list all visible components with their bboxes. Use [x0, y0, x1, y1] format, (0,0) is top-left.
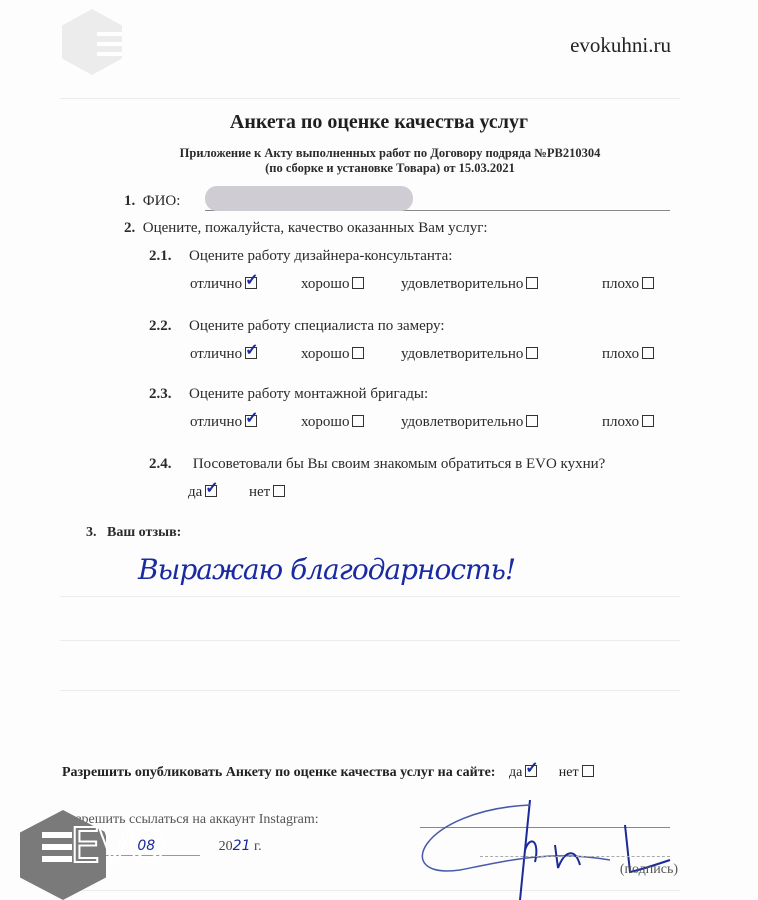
option-yes[interactable]: да	[188, 484, 217, 501]
question-number: 3.	[86, 525, 97, 540]
publish-permission: Разрешить опубликовать Анкету по оценке …	[62, 765, 594, 781]
checkbox-icon[interactable]	[642, 347, 654, 359]
form-title: Анкета по оценке качества услуг	[0, 111, 758, 134]
option-label: плохо	[602, 414, 639, 430]
site-url: evokuhni.ru	[570, 33, 671, 58]
subtitle-line-1: Приложение к Акту выполненных работ по Д…	[0, 146, 758, 161]
question-rating-2-3: 2.3.Оцените работу монтажной бригады:	[149, 386, 428, 403]
rating-option[interactable]: хорошо	[301, 276, 364, 293]
fio-redacted-value	[205, 186, 413, 211]
checkbox-icon[interactable]	[642, 277, 654, 289]
rating-option[interactable]: удовлетворительно	[401, 414, 538, 431]
date-year-suffix[interactable]: 21	[233, 838, 251, 854]
question-review: 3. Ваш отзыв:	[86, 525, 181, 541]
subtitle-line-2: (по сборке и установке Товара) от 15.03.…	[0, 161, 758, 176]
option-label: удовлетворительно	[401, 346, 523, 362]
checkbox-icon[interactable]	[273, 485, 285, 497]
checkbox-icon[interactable]	[526, 415, 538, 427]
option-label: нет	[559, 765, 579, 780]
checkbox-icon[interactable]	[526, 277, 538, 289]
option-label: плохо	[602, 346, 639, 362]
rating-option[interactable]: отлично	[190, 346, 257, 363]
publish-label: Разрешить опубликовать Анкету по оценке …	[62, 765, 495, 780]
form-subtitle: Приложение к Акту выполненных работ по Д…	[0, 146, 758, 176]
handwritten-signature-icon	[380, 800, 680, 900]
question-rating-2-1: 2.1.Оцените работу дизайнера-консультант…	[149, 248, 452, 265]
checkbox-checked-icon[interactable]	[205, 485, 217, 497]
question-number: 1.	[124, 193, 135, 209]
option-label: да	[509, 765, 522, 780]
option-label: хорошо	[301, 276, 349, 292]
evo-logo-text: EVO	[70, 818, 164, 874]
option-label: удовлетворительно	[401, 414, 523, 430]
review-handwritten-text[interactable]: Выражаю благодарность!	[138, 553, 515, 586]
question-label: ФИО:	[143, 193, 181, 209]
question-label: Посоветовали бы Вы своим знакомым обрати…	[193, 456, 606, 472]
question-rating-2-2: 2.2.Оцените работу специалиста по замеру…	[149, 318, 445, 335]
option-label: нет	[249, 484, 270, 500]
question-fio: 1. ФИО:	[124, 193, 180, 210]
question-number: 2.	[124, 220, 135, 236]
rating-option[interactable]: плохо	[602, 276, 654, 293]
rating-option[interactable]: удовлетворительно	[401, 346, 538, 363]
question-number: 2.3.	[149, 386, 189, 403]
rating-option[interactable]: удовлетворительно	[401, 276, 538, 293]
checkbox-icon[interactable]	[352, 415, 364, 427]
option-label: отлично	[190, 414, 242, 430]
option-label: отлично	[190, 346, 242, 362]
question-recommend: 2.4. Посоветовали бы Вы своим знакомым о…	[149, 456, 605, 473]
option-label: да	[188, 484, 202, 500]
option-label: хорошо	[301, 346, 349, 362]
question-label: Оцените, пожалуйста, качество оказанных …	[143, 220, 488, 236]
signature-line[interactable]	[480, 856, 670, 857]
checkbox-icon[interactable]	[582, 765, 594, 777]
option-label: отлично	[190, 276, 242, 292]
question-label: Оцените работу дизайнера-консультанта:	[189, 248, 452, 264]
checkbox-icon[interactable]	[526, 347, 538, 359]
checkbox-icon[interactable]	[352, 347, 364, 359]
question-number: 2.1.	[149, 248, 189, 265]
rating-option[interactable]: плохо	[602, 414, 654, 431]
publish-option-no[interactable]: нет	[559, 765, 594, 780]
rating-option[interactable]: отлично	[190, 414, 257, 431]
checkbox-checked-icon[interactable]	[525, 765, 537, 777]
question-rate-services: 2. Оцените, пожалуйста, качество оказанн…	[124, 220, 488, 237]
option-label: удовлетворительно	[401, 276, 523, 292]
date-year-prefix: 20	[219, 839, 233, 854]
question-number: 2.4.	[149, 456, 189, 473]
date-suffix: г.	[254, 839, 262, 854]
question-label: Оцените работу монтажной бригады:	[189, 386, 428, 402]
rating-option[interactable]: отлично	[190, 276, 257, 293]
publish-option-yes[interactable]: да	[509, 765, 541, 780]
rating-option[interactable]: хорошо	[301, 414, 364, 431]
question-label: Оцените работу специалиста по замеру:	[189, 318, 445, 334]
signature-caption: (подпись)	[620, 862, 678, 878]
question-number: 2.2.	[149, 318, 189, 335]
option-label: хорошо	[301, 414, 349, 430]
question-label: Ваш отзыв:	[107, 525, 181, 540]
checkbox-icon[interactable]	[352, 277, 364, 289]
checkbox-checked-icon[interactable]	[245, 277, 257, 289]
checkbox-icon[interactable]	[642, 415, 654, 427]
rating-option[interactable]: плохо	[602, 346, 654, 363]
rating-option[interactable]: хорошо	[301, 346, 364, 363]
checkbox-checked-icon[interactable]	[245, 347, 257, 359]
option-label: плохо	[602, 276, 639, 292]
option-no[interactable]: нет	[249, 484, 285, 501]
checkbox-checked-icon[interactable]	[245, 415, 257, 427]
